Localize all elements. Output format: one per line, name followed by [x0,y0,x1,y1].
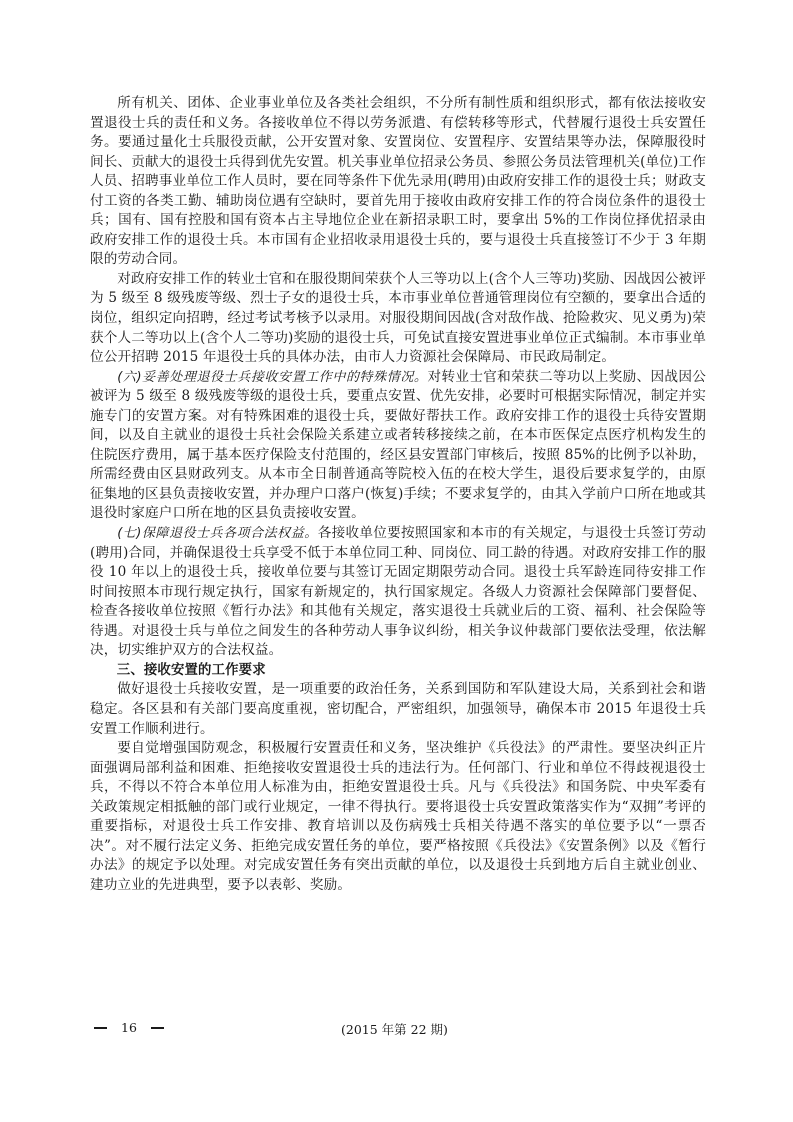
sub-section-body-7: 各接收单位要按照国家和本市的有关规定，与退役士兵签订劳动(聘用)合同，并确保退役… [90,525,706,658]
paragraph-political-task: 做好退役士兵接收安置，是一项重要的政治任务，关系到国防和军队建设大局，关系到社会… [90,680,706,739]
paragraph-national-defense: 要自觉增强国防观念，积极履行安置责任和义务，坚决维护《兵役法》的严肃性。要坚决纠… [90,739,706,895]
dash-right-icon [151,1027,164,1029]
document-body: 所有机关、团体、企业事业单位及各类社会组织，不分所有制性质和组织形式，都有依法接… [90,94,706,895]
paragraph-public-institution-recruitment: 对政府安排工作的转业士官和在服役期间荣获个人三等功以上(含个人三等功)奖励、因战… [90,270,706,368]
sub-section-title-7: (七)保障退役士兵各项合法权益。 [117,526,318,541]
issue-label: (2015 年第 22 期) [341,1020,448,1038]
page-footer: 16 (2015 年第 22 期) [94,1020,714,1044]
paragraph-legal-rights: (七)保障退役士兵各项合法权益。各接收单位要按照国家和本市的有关规定，与退役士兵… [90,524,706,661]
page-number: 16 [121,1020,137,1035]
paragraph-special-situations: (六)妥善处理退役士兵接收安置工作中的特殊情况。对转业士官和荣获二等功以上奖励、… [90,368,706,524]
sub-section-body-6: 对转业士官和荣获二等功以上奖励、因战因公被评为 5 级至 8 级残废等级的退役士… [90,369,706,522]
sub-section-title-6: (六)妥善处理退役士兵接收安置工作中的特殊情况。 [117,370,427,385]
page-number-block: 16 [94,1020,164,1035]
paragraph-placement-obligations: 所有机关、团体、企业事业单位及各类社会组织，不分所有制性质和组织形式，都有依法接… [90,94,706,270]
dash-left-icon [94,1027,107,1029]
section-heading-work-requirements: 三、接收安置的工作要求 [90,661,706,681]
